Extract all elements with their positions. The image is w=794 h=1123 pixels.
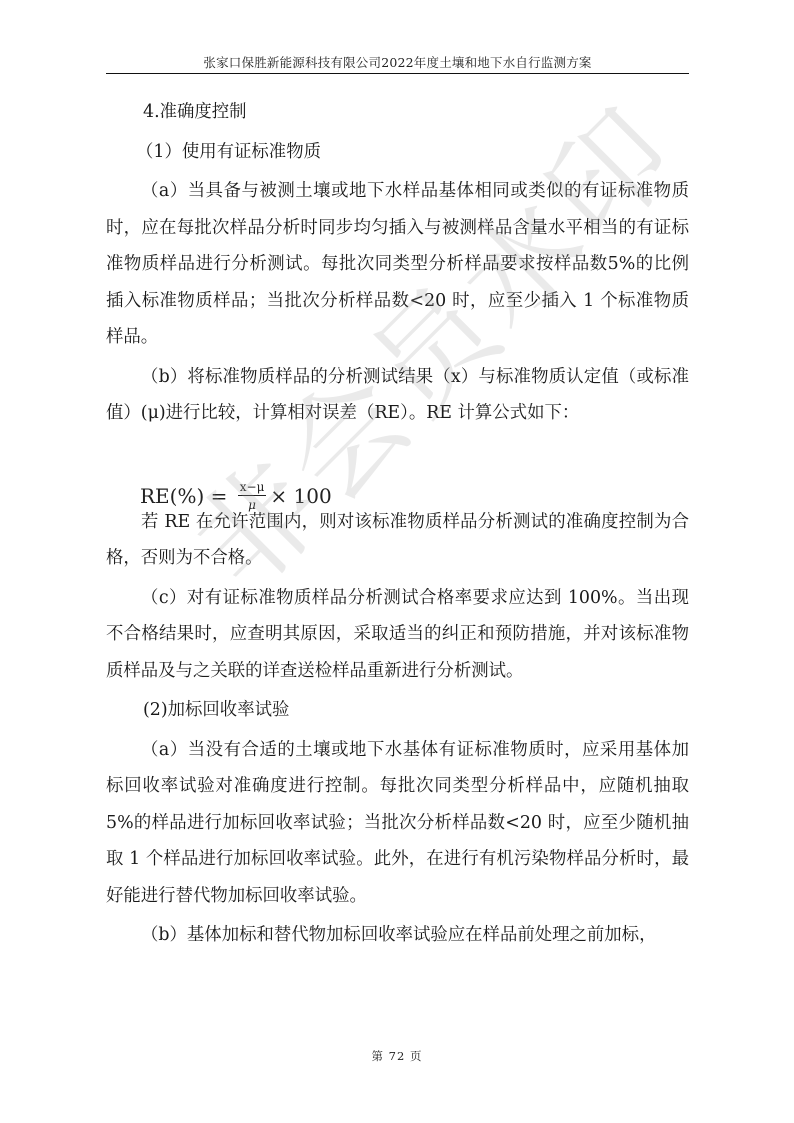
formula-numerator: x−μ [238,480,267,496]
paragraph-2b: （b）基体加标和替代物加标回收率试验应在样品前处理之前加标， [106,917,689,954]
formula-rhs: × 100 [270,484,331,508]
subsection-title-2: (2)加标回收率试验 [106,692,689,729]
paragraph-2a: （a）当没有合适的土壤或地下水基体有证标准物质时，应采用基体加标回收率试验对准确… [106,732,689,915]
formula-denominator: μ [248,496,256,512]
page-number: 第 72 页 [0,1048,794,1064]
paragraph-1a: （a）当具备与被测土壤或地下水样品基体相同或类似的有证标准物质时，应在每批次样品… [106,173,689,356]
document-body: 4.准确度控制 （1）使用有证标准物质 （a）当具备与被测土壤或地下水样品基体相… [106,94,689,954]
formula-lhs: RE(%) = [140,484,234,508]
formula-fraction: x−μ μ [238,480,267,512]
re-formula: RE(%) = x−μ μ × 100 [140,470,332,522]
subsection-title-1: （1）使用有证标准物质 [106,134,689,171]
section-heading: 4.准确度控制 [106,94,689,131]
document-header: 张家口保胜新能源科技有限公司2022年度土壤和地下水自行监测方案 [106,53,689,71]
paragraph-1b: （b）将标准物质样品的分析测试结果（x）与标准物质认定值（或标准值）(μ)进行比… [106,359,689,432]
header-divider [106,73,689,74]
paragraph-1c: （c）对有证标准物质样品分析测试合格率要求应达到 100%。当出现不合格结果时，… [106,580,689,690]
